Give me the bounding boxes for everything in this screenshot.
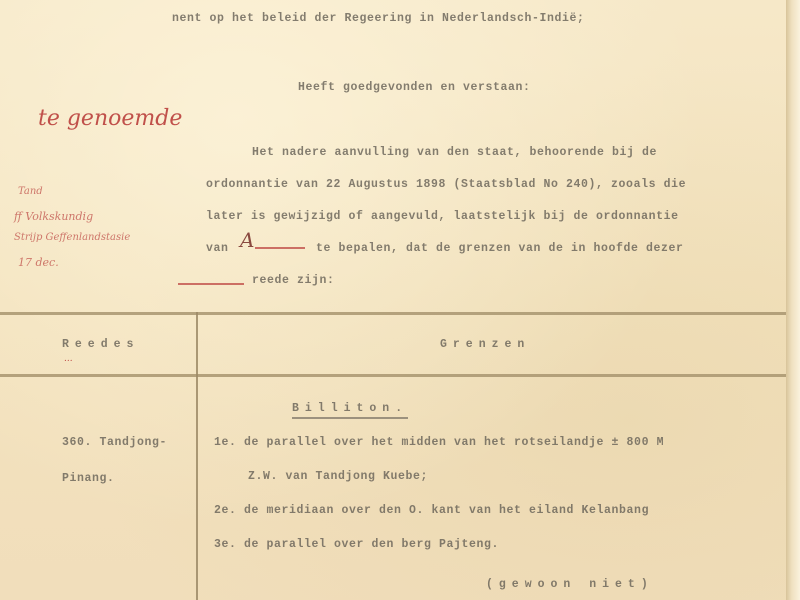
boundary-line-3: 2e. de meridiaan over den O. kant van he… bbox=[214, 504, 649, 517]
section-title-billiton: Billiton. bbox=[292, 402, 408, 419]
paragraph-line-4: te bepalen, dat de grenzen van de in hoo… bbox=[316, 242, 684, 255]
paragraph-line-4-prefix: van bbox=[206, 242, 229, 255]
reede-name-line-2: Pinang. bbox=[62, 472, 115, 485]
strike-line bbox=[255, 247, 305, 249]
intro-line: nent op het beleid der Regeering in Nede… bbox=[172, 12, 585, 25]
table-column-divider bbox=[196, 312, 198, 600]
paragraph-line-2: ordonnantie van 22 Augustus 1898 (Staats… bbox=[206, 178, 686, 191]
paragraph-line-3: later is gewijzigd of aangevuld, laatste… bbox=[206, 210, 679, 223]
boundary-line-2: Z.W. van Tandjong Kuebe; bbox=[248, 470, 428, 483]
boundary-line-4: 3e. de parallel over den berg Pajteng. bbox=[214, 538, 499, 551]
table-top-rule bbox=[0, 312, 786, 315]
annotation-under-reedes: ... bbox=[64, 354, 73, 364]
margin-annotation-4: 17 dec. bbox=[18, 256, 59, 269]
inline-handwritten-mark: A bbox=[240, 228, 254, 252]
margin-annotation-3: Strijp Geffenlandstasie bbox=[14, 232, 130, 243]
margin-annotation-2: ff Volkskundig bbox=[14, 210, 93, 223]
reede-name-line-1: 360. Tandjong- bbox=[62, 436, 167, 449]
paragraph-line-1: Het nadere aanvulling van den staat, beh… bbox=[252, 146, 657, 159]
header-grenzen: Grenzen bbox=[440, 338, 530, 351]
page-edge bbox=[786, 0, 800, 600]
table-header-rule bbox=[0, 374, 786, 377]
header-reedes: Reedes bbox=[62, 338, 139, 351]
decree-heading: Heeft goedgevonden en verstaan: bbox=[298, 81, 531, 94]
boundary-line-1: 1e. de parallel over het midden van het … bbox=[214, 436, 664, 449]
footer-note: (gewoon niet) bbox=[486, 578, 654, 591]
margin-annotation-1: Tand bbox=[18, 186, 43, 197]
strike-line-2 bbox=[178, 283, 244, 285]
margin-annotation-top: te genoemde bbox=[38, 106, 182, 131]
paragraph-line-5: reede zijn: bbox=[252, 274, 335, 287]
